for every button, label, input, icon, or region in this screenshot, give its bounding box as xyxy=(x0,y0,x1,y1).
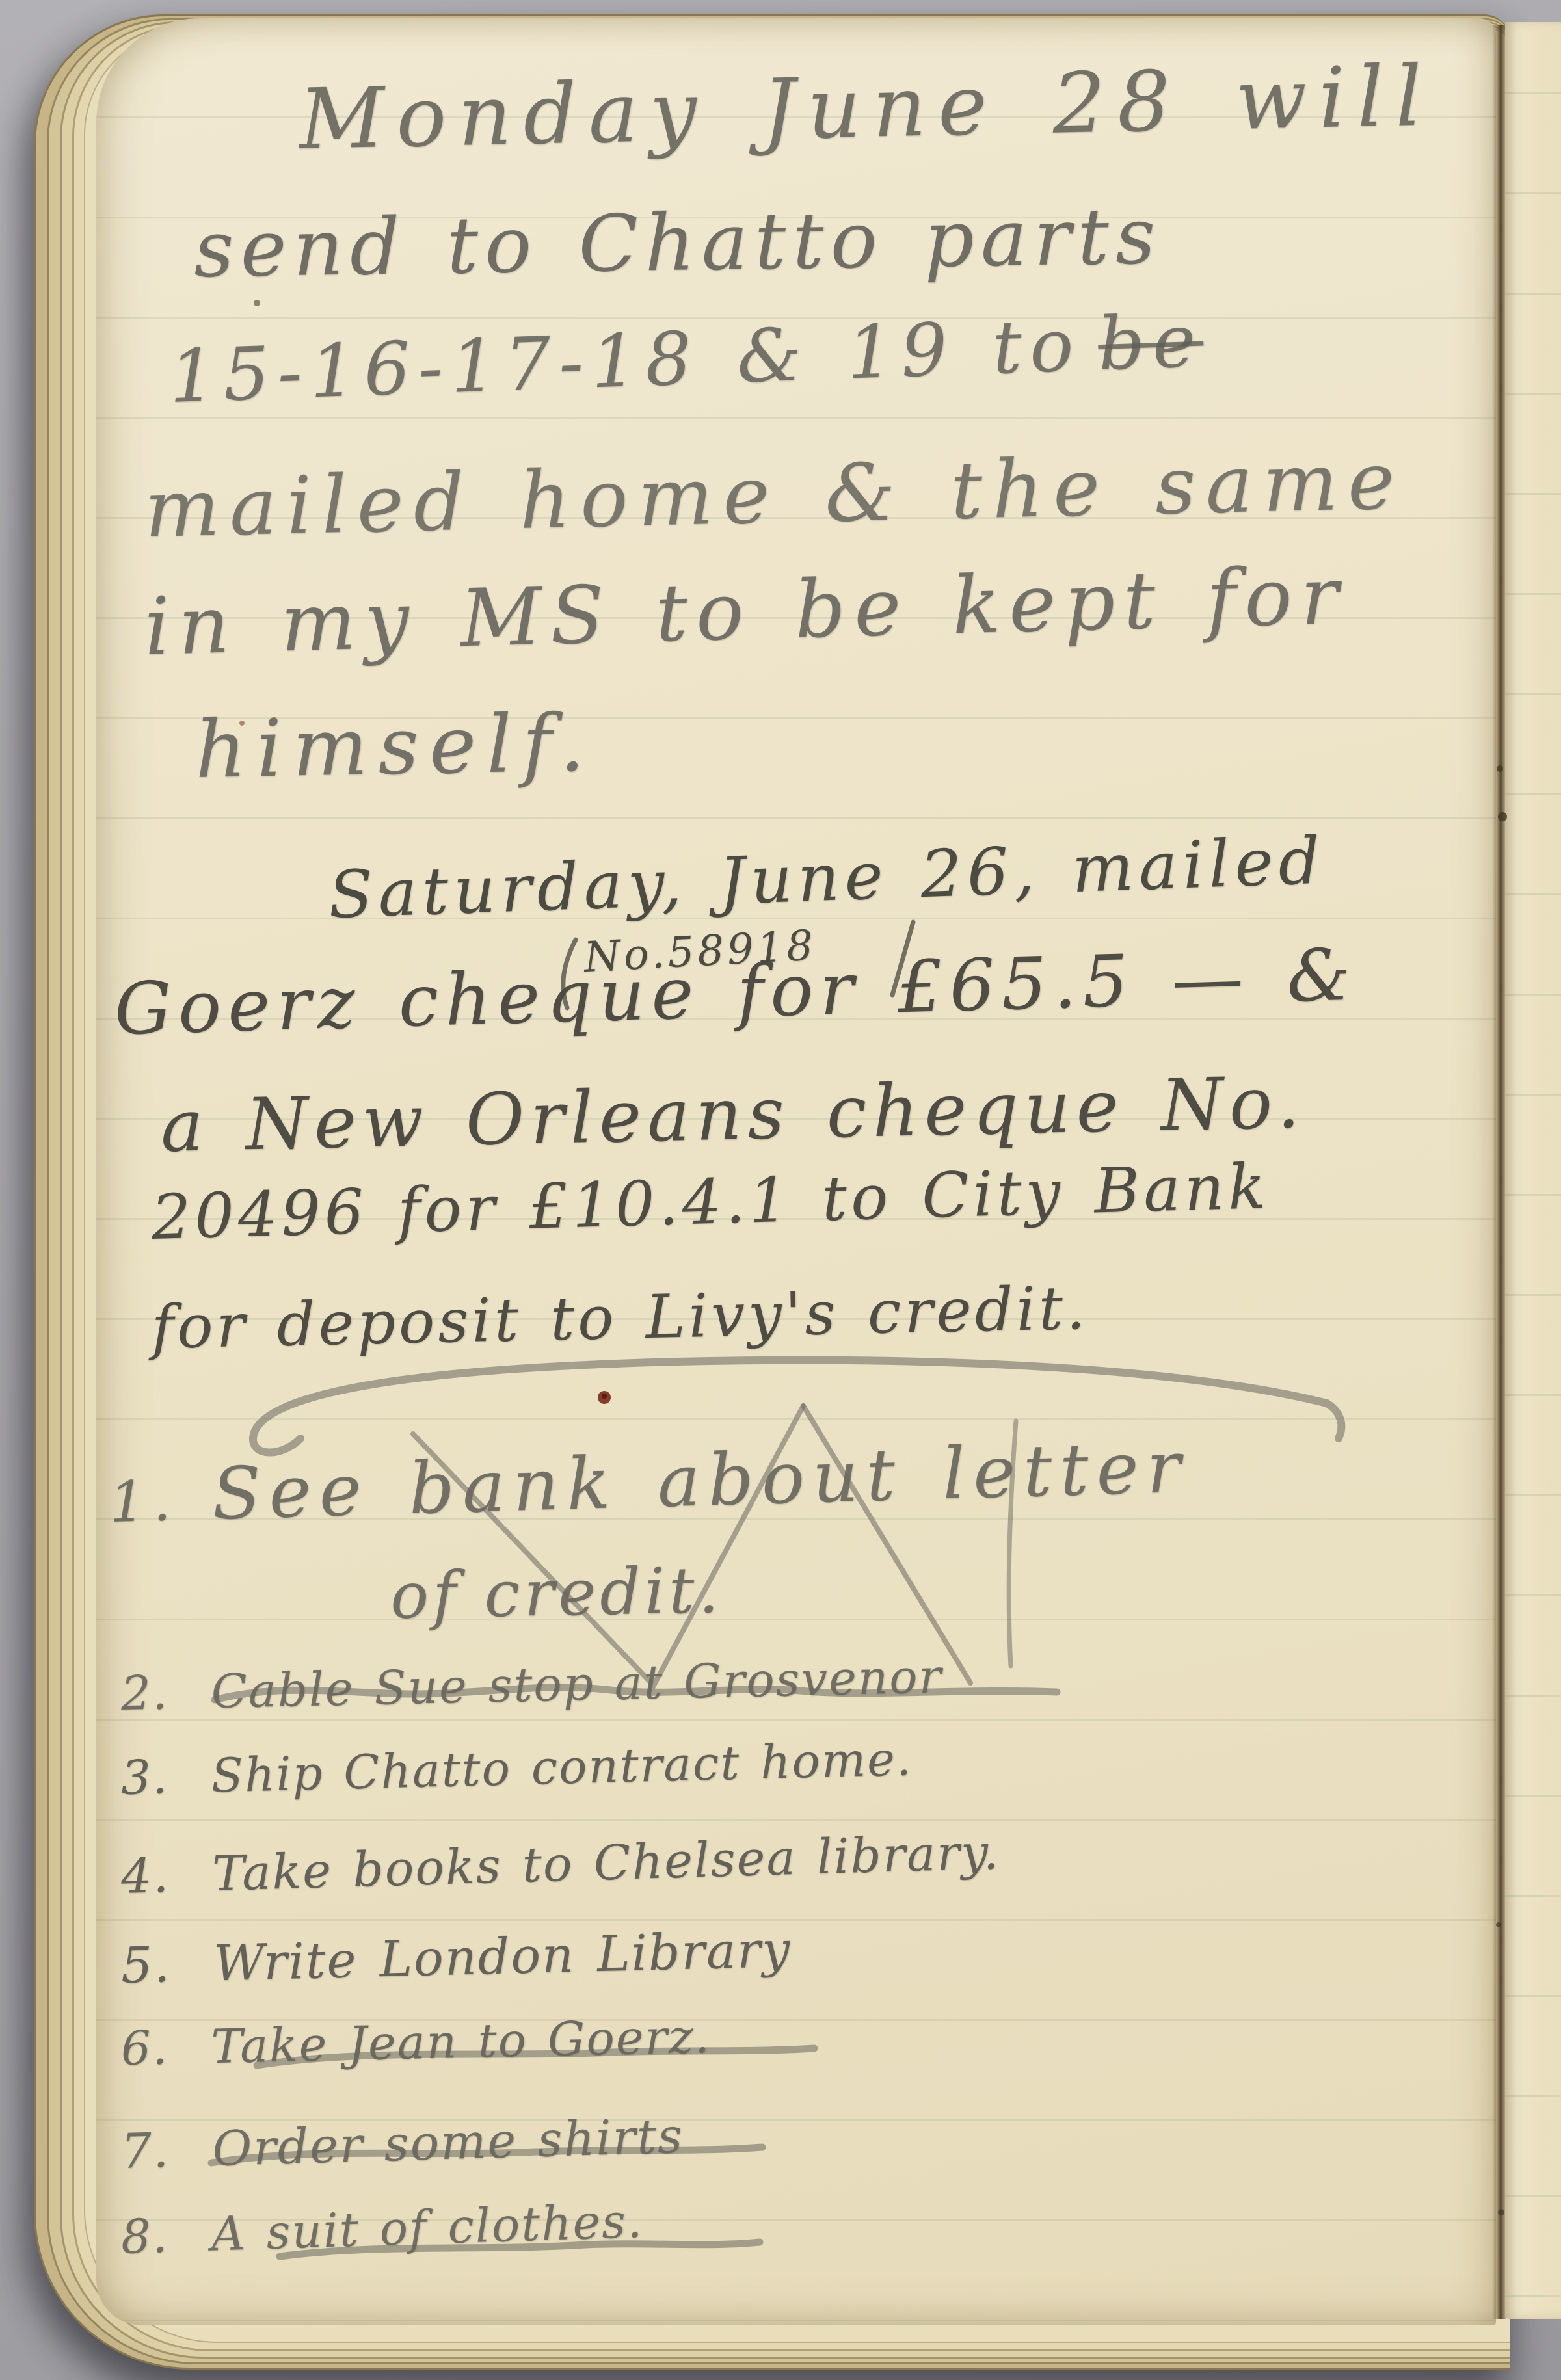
notebook-right-page-sliver xyxy=(1505,22,1561,2319)
photograph-background: Monday June 28 will send to Chatto parts… xyxy=(0,0,1561,2380)
handwritten-line: send to Chatto parts xyxy=(193,191,1162,295)
item-number: 7. xyxy=(120,2122,170,2180)
todo-item-1-continued: of credit. xyxy=(390,1554,723,1633)
item-number: 2. xyxy=(120,1665,168,1721)
item-number: 3. xyxy=(120,1749,169,1805)
item-number: 5. xyxy=(120,1935,172,1994)
handwritten-line: himself. xyxy=(194,696,596,796)
item-text: Take Jean to Goerz. xyxy=(211,2009,712,2074)
struck-word: be xyxy=(1097,299,1205,388)
item-number: 8. xyxy=(120,2208,169,2264)
binding-gutter xyxy=(1492,25,1506,2319)
item-number: 4. xyxy=(120,1847,170,1905)
item-number: 6. xyxy=(120,2020,168,2076)
item-number: 1. xyxy=(109,1468,180,1535)
